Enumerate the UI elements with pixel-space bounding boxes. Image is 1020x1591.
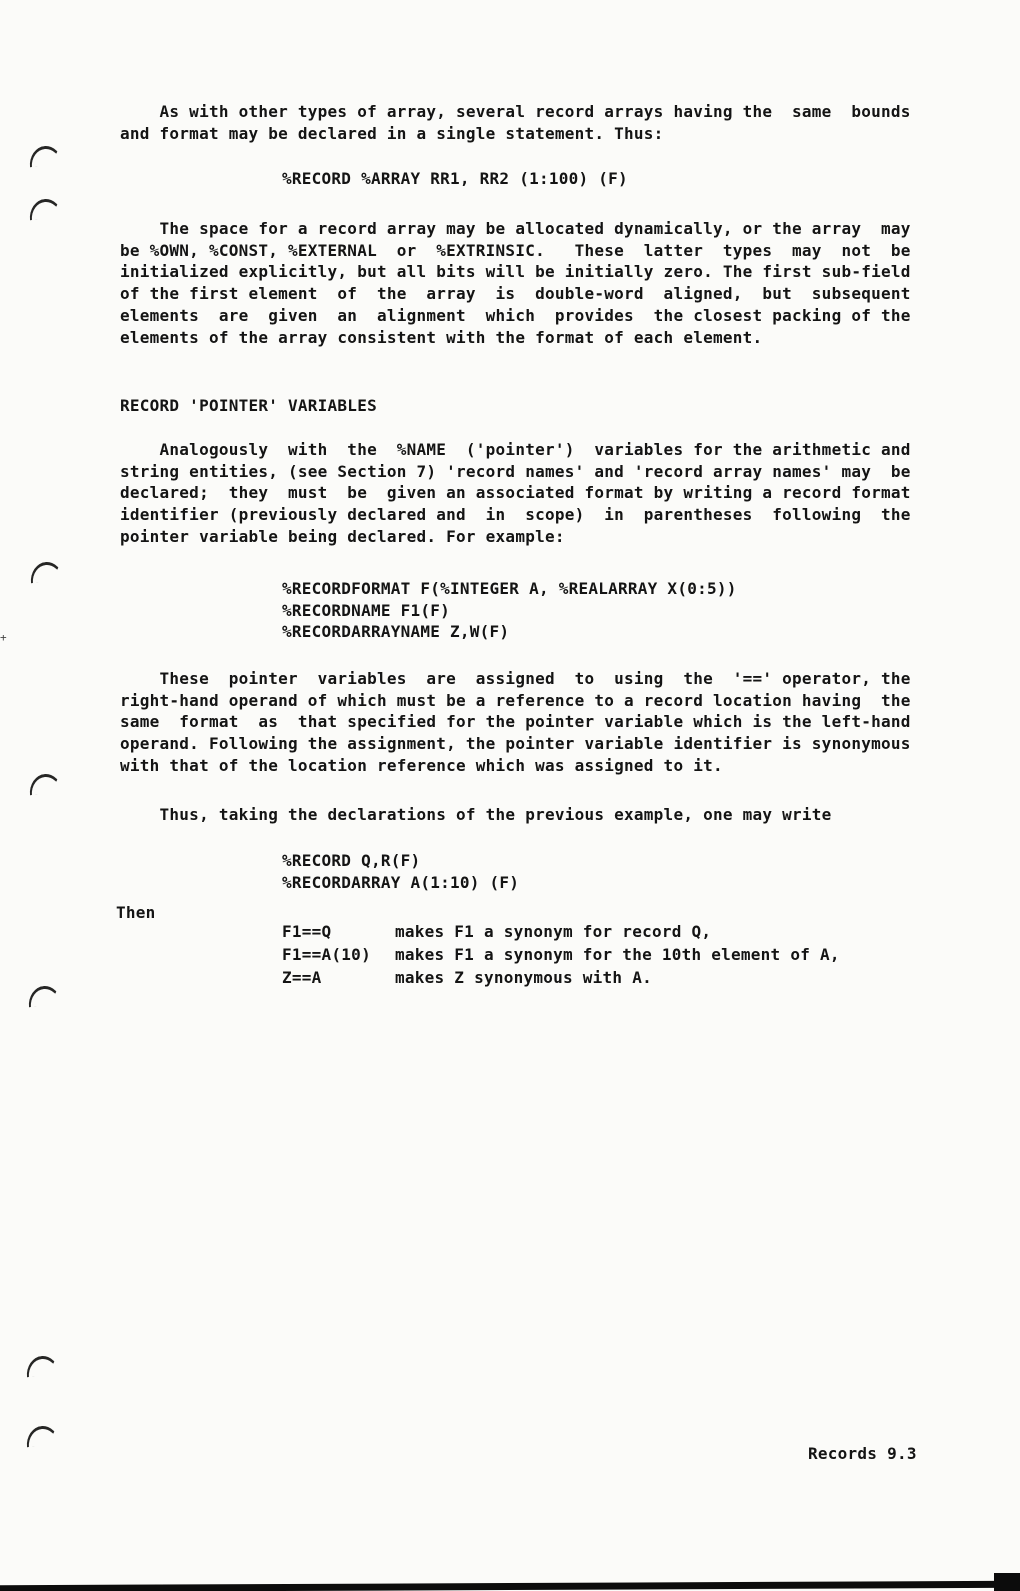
text-line: %RECORDNAME F1(F) bbox=[282, 600, 737, 622]
text-line: identifier (previously declared and in s… bbox=[120, 504, 911, 526]
text-line: Analogously with the %NAME ('pointer') v… bbox=[120, 439, 911, 461]
text-line: with that of the location reference whic… bbox=[120, 755, 911, 777]
text-line: These pointer variables are assigned to … bbox=[120, 668, 911, 690]
scan-edge-bar bbox=[0, 1581, 1020, 1591]
synonym-table: F1==Qmakes F1 a synonym for record Q,F1=… bbox=[282, 920, 840, 989]
pen-arc-mark bbox=[25, 1355, 60, 1378]
synonym-row: F1==Qmakes F1 a synonym for record Q, bbox=[282, 920, 840, 943]
text-line: %RECORD %ARRAY RR1, RR2 (1:100) (F) bbox=[282, 168, 628, 190]
text-line: elements of the array consistent with th… bbox=[120, 327, 911, 349]
text-line: The space for a record array may be allo… bbox=[120, 218, 911, 240]
then-label: Then bbox=[116, 902, 156, 924]
text-line: %RECORD Q,R(F) bbox=[282, 850, 519, 872]
text-line: elements are given an alignment which pr… bbox=[120, 305, 911, 327]
page-number-footer: Records 9.3 bbox=[808, 1443, 917, 1465]
synonym-expression: F1==Q bbox=[282, 920, 395, 943]
text-line: of the first element of the array is dou… bbox=[120, 283, 911, 305]
synonym-row: F1==A(10)makes F1 a synonym for the 10th… bbox=[282, 943, 840, 966]
text-line: %RECORDARRAY A(1:10) (F) bbox=[282, 872, 519, 894]
pen-arc-mark bbox=[27, 985, 62, 1008]
text-line: string entities, (see Section 7) 'record… bbox=[120, 461, 911, 483]
paragraph-previous-example: Thus, taking the declarations of the pre… bbox=[120, 804, 832, 826]
pen-arc-mark bbox=[28, 773, 63, 796]
paragraph-assignment-operator: These pointer variables are assigned to … bbox=[120, 668, 911, 777]
paragraph-pointer-intro: Analogously with the %NAME ('pointer') v… bbox=[120, 439, 911, 548]
synonym-row: Z==Amakes Z synonymous with A. bbox=[282, 966, 840, 989]
synonym-description: makes F1 a synonym for record Q, bbox=[395, 920, 711, 943]
scanned-manual-page: + As with other types of array, several … bbox=[0, 0, 1020, 1591]
synonym-expression: F1==A(10) bbox=[282, 943, 395, 966]
paragraph-record-space: The space for a record array may be allo… bbox=[120, 218, 911, 348]
margin-speck: + bbox=[0, 632, 7, 643]
pen-arc-mark bbox=[28, 198, 63, 221]
paragraph-array-bounds: As with other types of array, several re… bbox=[120, 101, 911, 144]
text-line: initialized explicitly, but all bits wil… bbox=[120, 261, 911, 283]
text-line: %RECORDARRAYNAME Z,W(F) bbox=[282, 621, 737, 643]
section-heading: RECORD 'POINTER' VARIABLES bbox=[120, 395, 377, 417]
synonym-description: makes Z synonymous with A. bbox=[395, 966, 652, 989]
code-block-recordformat: %RECORDFORMAT F(%INTEGER A, %REALARRAY X… bbox=[282, 578, 737, 643]
pen-arc-mark bbox=[25, 1425, 60, 1448]
text-line: and format may be declared in a single s… bbox=[120, 123, 911, 145]
text-line: be %OWN, %CONST, %EXTERNAL or %EXTRINSIC… bbox=[120, 240, 911, 262]
text-line: operand. Following the assignment, the p… bbox=[120, 733, 911, 755]
pen-arc-mark bbox=[29, 561, 64, 584]
code-block-record-decl: %RECORD Q,R(F)%RECORDARRAY A(1:10) (F) bbox=[282, 850, 519, 893]
text-line: declared; they must be given an associat… bbox=[120, 482, 911, 504]
pen-arc-mark bbox=[28, 145, 63, 168]
text-line: %RECORDFORMAT F(%INTEGER A, %REALARRAY X… bbox=[282, 578, 737, 600]
synonym-description: makes F1 a synonym for the 10th element … bbox=[395, 943, 840, 966]
text-line: Thus, taking the declarations of the pre… bbox=[120, 804, 832, 826]
text-line: As with other types of array, several re… bbox=[120, 101, 911, 123]
text-line: right-hand operand of which must be a re… bbox=[120, 690, 911, 712]
text-line: pointer variable being declared. For exa… bbox=[120, 526, 911, 548]
scan-edge-blob bbox=[994, 1573, 1020, 1591]
code-block-record-array-decl: %RECORD %ARRAY RR1, RR2 (1:100) (F) bbox=[282, 168, 628, 190]
synonym-expression: Z==A bbox=[282, 966, 395, 989]
text-line: same format as that specified for the po… bbox=[120, 711, 911, 733]
